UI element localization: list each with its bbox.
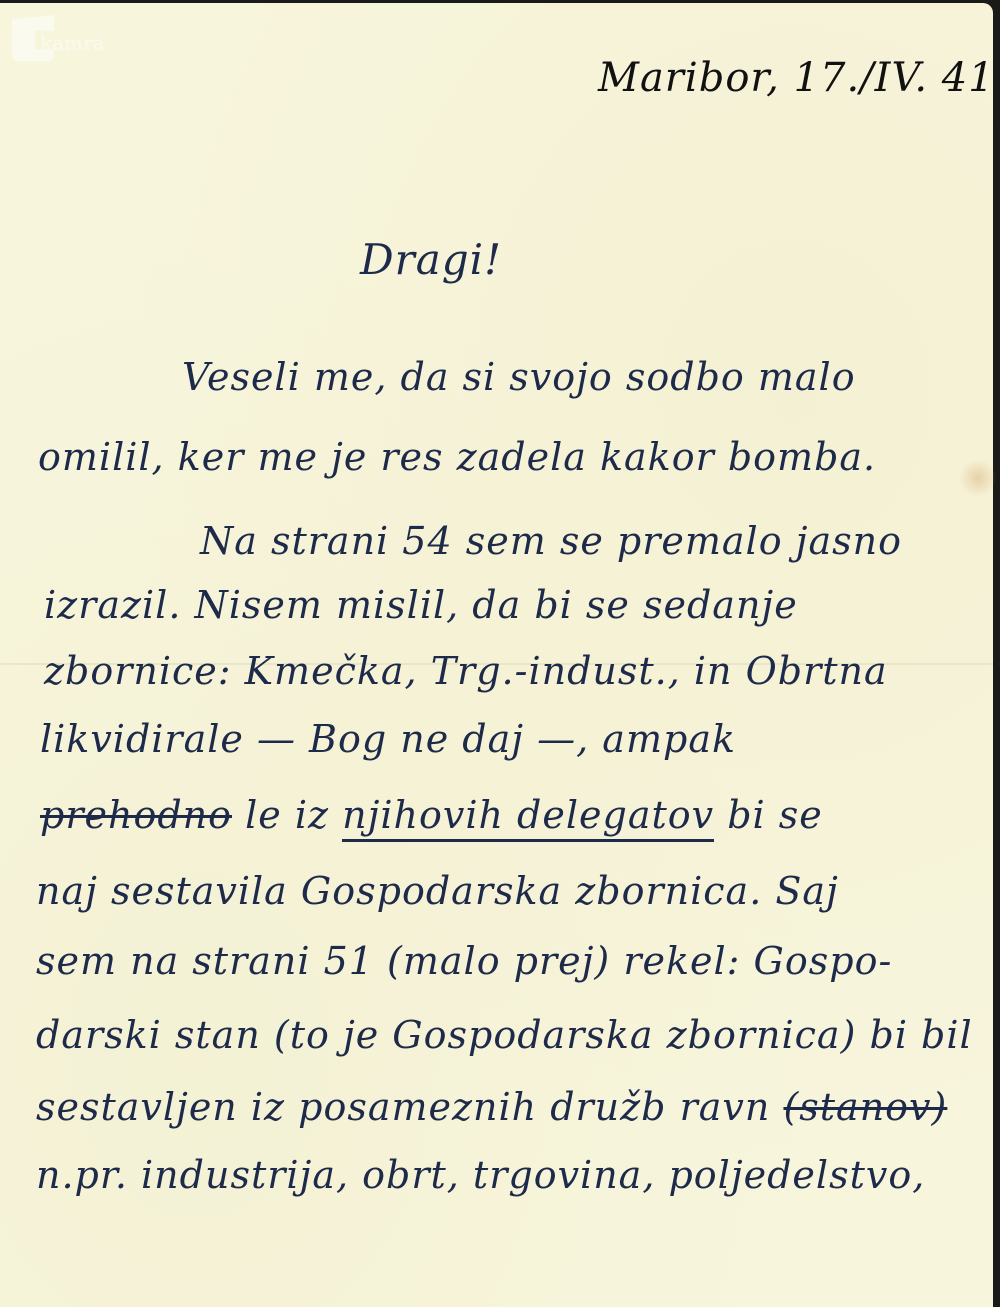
letter-line-8: naj sestavila Gospodarska zbornica. Saj <box>36 869 839 913</box>
watermark-text: kamra <box>40 31 105 55</box>
place-date: Maribor, 17./IV. 41 <box>598 55 995 101</box>
kamra-watermark: kamra <box>12 15 112 61</box>
letter-line-3: Na strani 54 sem se premalo jasno <box>200 519 902 563</box>
letter-page: kamra Maribor, 17./IV. 41 Dragi! Veseli … <box>0 3 993 1307</box>
letter-line-12: n.pr. industrija, obrt, trgovina, poljed… <box>36 1153 925 1197</box>
letter-line-6: likvidirale — Bog ne daj —, ampak <box>40 717 736 761</box>
letter-line-9: sem na strani 51 (malo prej) rekel: Gosp… <box>36 939 892 983</box>
underlined-phrase: njihovih delegatov <box>342 793 714 842</box>
letter-line-11: sestavljen iz posameznih družb ravn (sta… <box>36 1085 947 1129</box>
letter-line-7: prehodno le iz njihovih delegatov bi se <box>40 793 823 837</box>
paper-stain <box>960 458 996 498</box>
line-7-before: le iz <box>245 793 329 837</box>
letter-line-5: zbornice: Kmečka, Trg.-indust., in Obrtn… <box>44 649 888 693</box>
salutation: Dragi! <box>360 235 502 284</box>
letter-line-2: omilil, ker me je res zadela kakor bomba… <box>38 435 876 479</box>
struck-word-2: (stanov) <box>783 1085 947 1129</box>
letter-line-4: izrazil. Nisem mislil, da bi se sedanje <box>44 583 798 627</box>
line-11-text: sestavljen iz posameznih družb ravn <box>36 1085 770 1129</box>
line-7-after: bi se <box>727 793 823 837</box>
letter-line-10: darski stan (to je Gospodarska zbornica)… <box>36 1013 973 1057</box>
struck-word: prehodno <box>40 793 232 837</box>
letter-line-1: Veseli me, da si svojo sodbo malo <box>182 355 856 399</box>
